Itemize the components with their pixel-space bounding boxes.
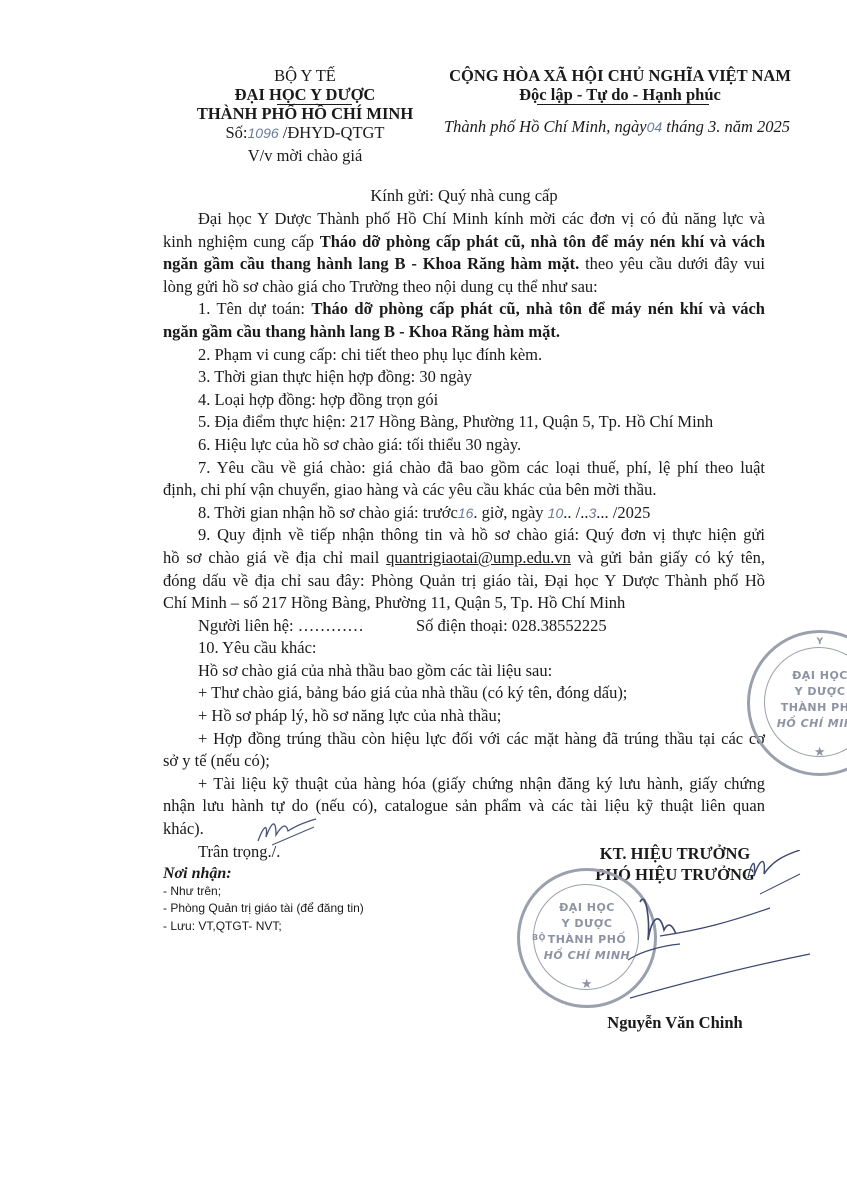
recipient-2: - Phòng Quản trị giáo tài (để đăng tin) <box>163 900 364 918</box>
letter-body: Đại học Y Dược Thành phố Hồ Chí Minh kín… <box>163 208 765 863</box>
university-name-line1: ĐẠI HỌC Y DƯỢC <box>180 85 430 104</box>
item-2: 2. Phạm vi cung cấp: chi tiết theo phụ l… <box>163 344 765 367</box>
item-7: 7. Yêu cầu về giá chào: giá chào đã bao … <box>163 457 765 480</box>
stamp-line-4: HỒ CHÍ MINH <box>750 717 847 730</box>
university-name-line2: THÀNH PHỐ HỒ CHÍ MINH <box>180 104 430 123</box>
item-9-address: đóng dấu về địa chỉ sau đây: Phòng Quản … <box>163 570 765 593</box>
motto-underline <box>537 104 709 105</box>
email-link[interactable]: quantrigiaotai@ump.edu.vn <box>386 548 571 567</box>
initials-scribble <box>254 815 334 847</box>
stamp-line-1: ĐẠI HỌC <box>750 669 847 682</box>
subject-line: V/v mời chào giá <box>180 146 430 166</box>
national-motto: Độc lập - Tự do - Hạnh phúc <box>430 85 810 105</box>
item-4: 4. Loại hợp đồng: hợp đồng trọn gói <box>163 389 765 412</box>
item-6: 6. Hiệu lực của hồ sơ chào giá: tối thiể… <box>163 434 765 457</box>
issue-date: Thành phố Hồ Chí Minh, ngày04 tháng 3. n… <box>444 117 790 137</box>
salutation: Kính gửi: Quý nhà cung cấp <box>163 186 765 206</box>
recipients-title: Nơi nhận: <box>163 865 364 883</box>
requirement-3: + Hợp đồng trúng thầu còn hiệu lực đối v… <box>163 728 765 751</box>
national-title: CỘNG HÒA XÃ HỘI CHỦ NGHĨA VIỆT NAM <box>430 66 810 86</box>
requirement-4: + Tài liệu kỹ thuật của hàng hóa (giấy c… <box>163 773 765 796</box>
handwritten-signature <box>620 850 820 1030</box>
stamp-side-text: BỘ <box>472 933 606 942</box>
item-1-cont: ngăn gầm cầu thang hành lang B - Khoa Ră… <box>163 321 765 344</box>
item-8-sep: .. /.. <box>563 503 588 522</box>
item-9-email-post: và gửi bản giấy có ký tên, <box>571 548 765 567</box>
contact-phone: Số điện thoại: 028.38552225 <box>416 616 607 635</box>
date-day-handwritten: 04 <box>647 119 663 135</box>
doc-number-suffix: /ĐHYD-QTGT <box>279 123 385 142</box>
intro-line-4: lòng gửi hồ sơ chào giá cho Trường theo … <box>163 276 765 299</box>
item-8-year: ... /2025 <box>596 503 650 522</box>
stamp-top-mark: Y <box>750 637 847 647</box>
requirement-2: + Hồ sơ pháp lý, hồ sơ năng lực của nhà … <box>163 705 765 728</box>
item-10: 10. Yêu cầu khác: <box>163 637 765 660</box>
item-8-label: 8. Thời gian nhận hồ sơ chào giá: trước <box>198 503 458 522</box>
contact-person: Người liên hệ: ………… <box>198 615 416 638</box>
star-icon: ★ <box>750 745 847 760</box>
university-name-text: THÀNH PHỐ HỒ CHÍ MINH <box>197 104 413 123</box>
ministry-name: BỘ Y TẾ <box>180 66 430 85</box>
project-title-a: Tháo dỡ phòng cấp phát cũ, nhà tôn để má… <box>320 232 765 251</box>
item-8-mid: . giờ, ngày <box>473 503 547 522</box>
signer-name: Nguyễn Văn Chinh <box>550 1013 800 1033</box>
item-1-title-a: Tháo dỡ phòng cấp phát cũ, nhà tôn để má… <box>311 299 765 318</box>
item-1-label: 1. Tên dự toán: <box>198 299 311 318</box>
item-9-email-pre: hồ sơ chào giá về địa chỉ mail <box>163 548 386 567</box>
deadline-hour-handwritten: 16 <box>458 505 474 521</box>
item-8: 8. Thời gian nhận hồ sơ chào giá: trước1… <box>163 502 765 525</box>
requirement-1: + Thư chào giá, bảng báo giá của nhà thầ… <box>163 682 765 705</box>
item-9-email-line: hồ sơ chào giá về địa chỉ mail quantrigi… <box>163 547 765 570</box>
item-3: 3. Thời gian thực hiện hợp đồng: 30 ngày <box>163 366 765 389</box>
date-prefix: Thành phố Hồ Chí Minh, ngày <box>444 117 647 136</box>
intro-text-2: theo yêu cầu dưới đây vui <box>579 254 765 273</box>
doc-number-prefix: Số: <box>225 123 247 142</box>
recipient-1: - Như trên; <box>163 883 364 901</box>
requirement-3-cont: sở y tế (nếu có); <box>163 750 765 773</box>
contact-line: Người liên hệ: …………Số điện thoại: 028.38… <box>163 615 765 638</box>
header-left-underline <box>277 104 352 105</box>
document-number: Số:1096 /ĐHYD-QTGT <box>180 123 430 143</box>
intro-text: kinh nghiệm cung cấp <box>163 232 320 251</box>
stamp-line-3: THÀNH PHỐ <box>750 701 847 714</box>
item-9-address-cont: Chí Minh – số 217 Hồng Bàng, Phường 11, … <box>163 592 765 615</box>
date-rest: tháng 3. năm 2025 <box>662 117 790 136</box>
project-title-b: ngăn gầm cầu thang hành lang B - Khoa Ră… <box>163 254 579 273</box>
recipients-block: Nơi nhận: - Như trên; - Phòng Quản trị g… <box>163 865 364 935</box>
item-1: 1. Tên dự toán: Tháo dỡ phòng cấp phát c… <box>163 298 765 321</box>
doc-number-handwritten: 1096 <box>248 125 279 141</box>
item-10-intro: Hồ sơ chào giá của nhà thầu bao gồm các … <box>163 660 765 683</box>
item-5: 5. Địa điểm thực hiện: 217 Hồng Bàng, Ph… <box>163 411 765 434</box>
deadline-day-handwritten: 10 <box>548 505 564 521</box>
recipient-3: - Lưu: VT,QTGT- NVT; <box>163 918 364 936</box>
intro-line-2: kinh nghiệm cung cấp Tháo dỡ phòng cấp p… <box>163 231 765 254</box>
item-7-cont: định, chi phí vận chuyển, giao hàng và c… <box>163 479 765 502</box>
intro-line-3: ngăn gầm cầu thang hành lang B - Khoa Ră… <box>163 253 765 276</box>
intro-line-1: Đại học Y Dược Thành phố Hồ Chí Minh kín… <box>163 208 765 231</box>
item-9: 9. Quy định về tiếp nhận thông tin và hồ… <box>163 524 765 547</box>
stamp-line-2: Y DƯỢC <box>750 685 847 698</box>
